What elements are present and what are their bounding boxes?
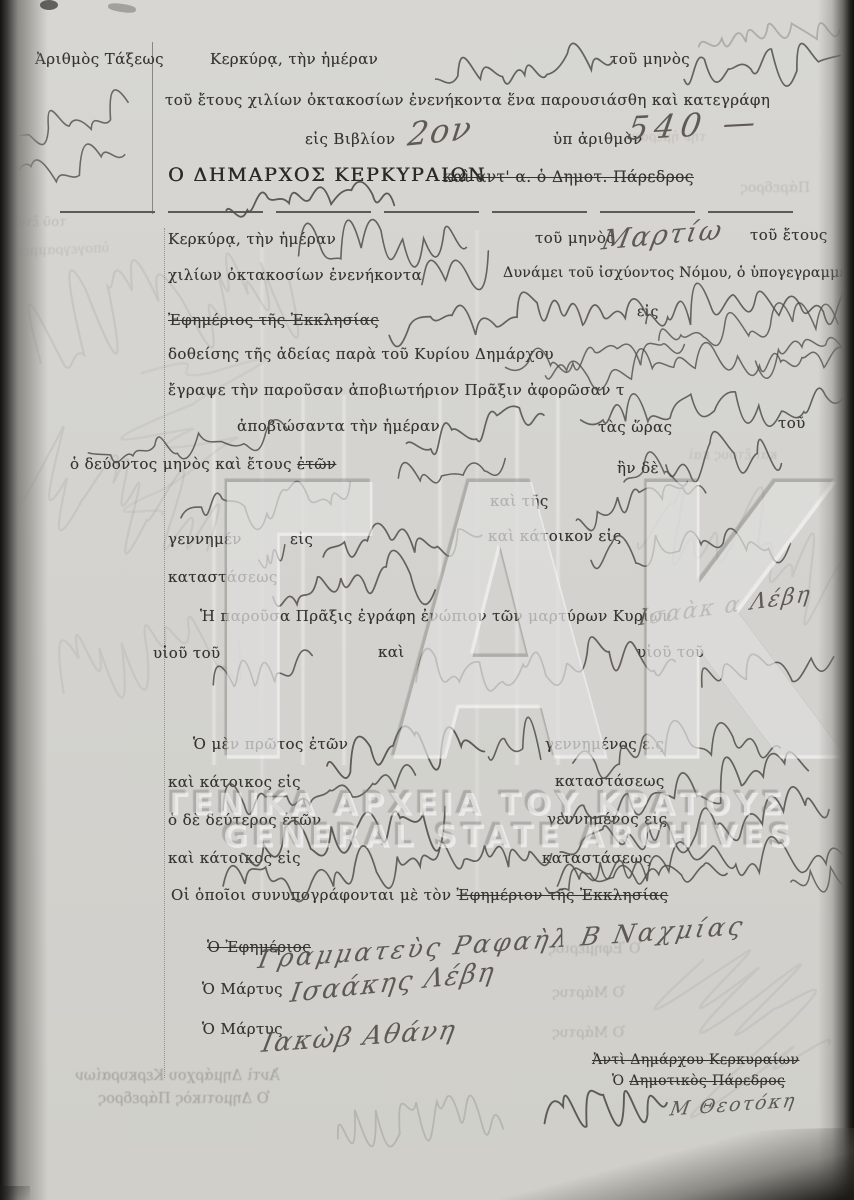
binding-shadow-left (0, 0, 48, 1200)
scan-artifact (40, 0, 58, 10)
scan-edges-layer (0, 0, 854, 1200)
scanned-register-page: τοῦ ἔτους ὑπογεγραμμένος τὴν ἡμέραν Πάρε… (0, 0, 854, 1200)
page-curl-bottom-right (500, 1128, 854, 1200)
page-edge-right (818, 0, 854, 1200)
corner-shadow-bottom-left (0, 1186, 30, 1200)
scan-artifact (108, 2, 137, 14)
